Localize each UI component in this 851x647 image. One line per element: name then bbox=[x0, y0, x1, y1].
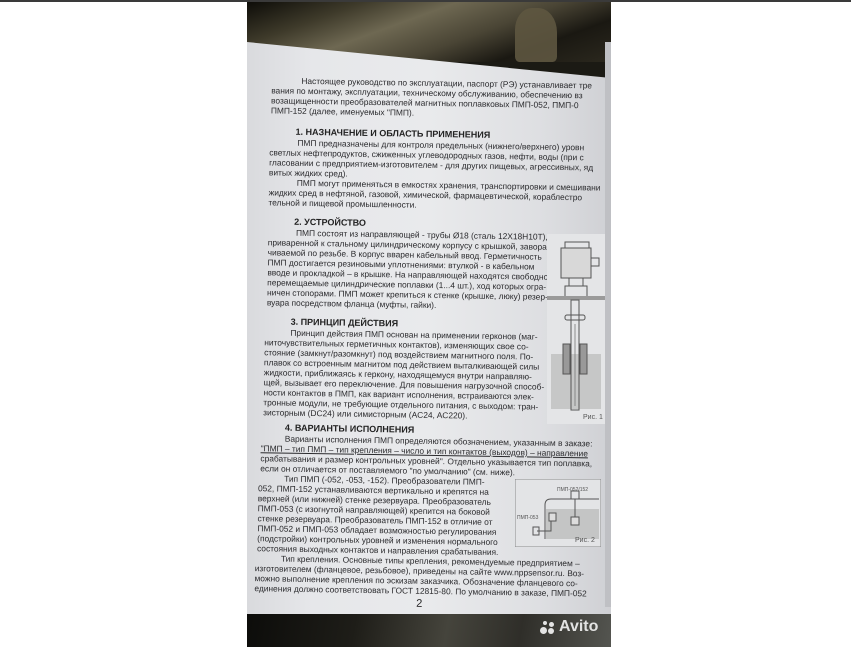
section-line: витых жидких сред). bbox=[269, 167, 348, 178]
figure-2: ПМП-052/152 ПМП-053 Рис. 2 bbox=[515, 479, 601, 547]
paper-edge bbox=[605, 42, 611, 607]
section-line: тельной и пищевой промышленности. bbox=[268, 197, 416, 209]
page-number: 2 bbox=[416, 598, 422, 610]
float-sensor-drawing-icon bbox=[547, 234, 605, 424]
section-line: зисторным (DC24) или симисторным (AC24, … bbox=[263, 407, 467, 420]
section-heading: 2. УСТРОЙСТВО bbox=[294, 217, 366, 228]
figure-caption: Рис. 1 bbox=[583, 414, 603, 421]
watermark-text: Avito bbox=[559, 618, 598, 636]
watermark: Avito bbox=[540, 618, 598, 636]
section-line: вуара посредством фланца (муфты, гайки). bbox=[267, 297, 437, 310]
figure-caption: Рис. 2 bbox=[575, 537, 595, 544]
avito-logo-icon bbox=[540, 620, 556, 634]
figure-label: ПМП-053 bbox=[517, 515, 538, 521]
document-photo[interactable]: Настоящее руководство по эксплуатации, п… bbox=[247, 2, 611, 647]
figure-label: ПМП-052/152 bbox=[557, 487, 588, 493]
figure-1: Рис. 1 bbox=[547, 234, 605, 424]
section-heading: 3. ПРИНЦИП ДЕЙСТВИЯ bbox=[291, 317, 399, 329]
intro-line: ПМП-152 (далее, именуемых "ПМП). bbox=[271, 105, 414, 117]
section-heading: 4. ВАРИАНТЫ ИСПОЛНЕНИЯ bbox=[285, 423, 414, 435]
